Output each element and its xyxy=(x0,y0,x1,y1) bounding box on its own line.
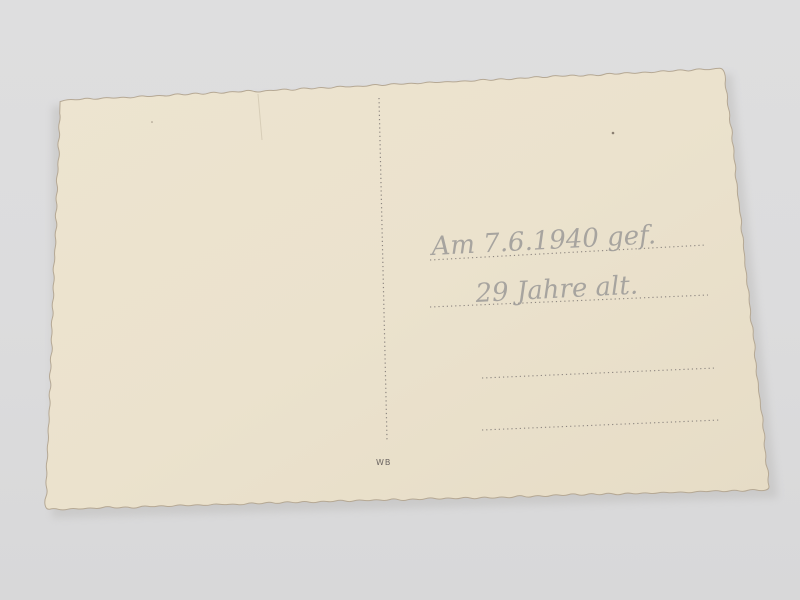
paper-speck xyxy=(151,121,153,123)
paper-speck xyxy=(612,132,615,135)
printer-mark: WB xyxy=(376,458,391,467)
postcard-card xyxy=(45,68,769,510)
postcard-photo: Am 7.6.1940 gef. 29 Jahre alt. WB xyxy=(0,0,800,600)
